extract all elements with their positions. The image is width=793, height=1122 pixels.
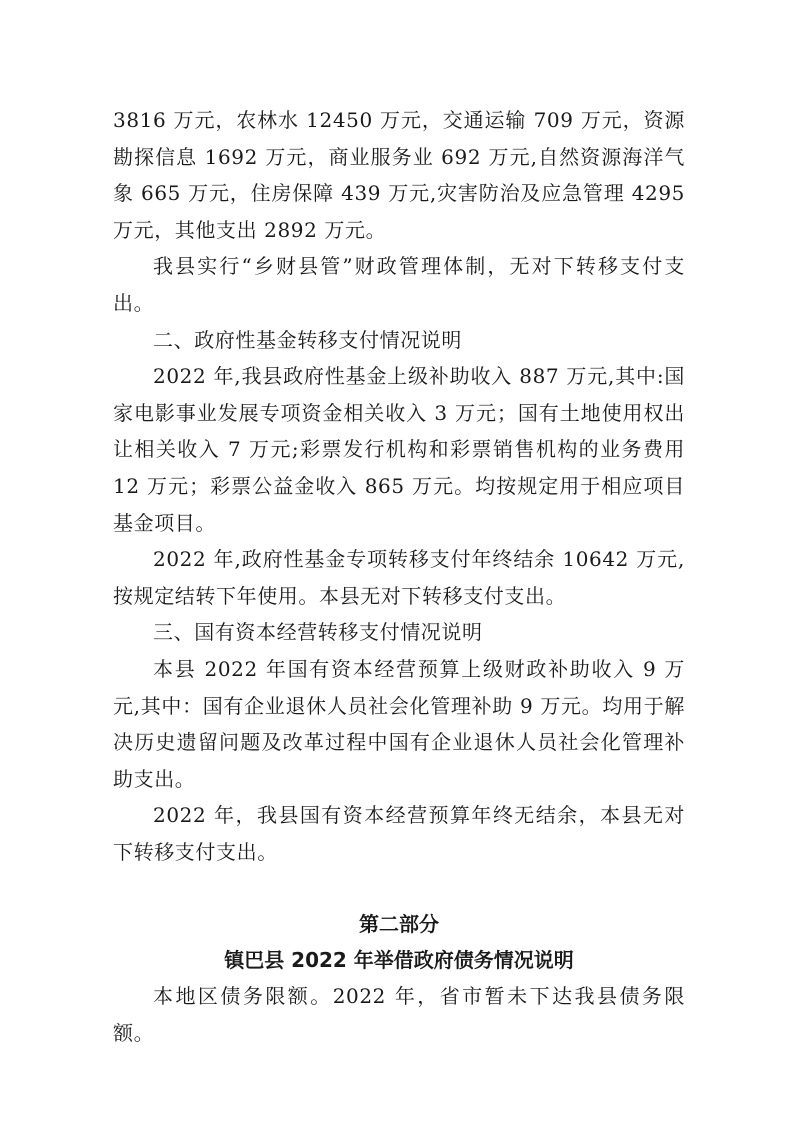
paragraph-state-capital-balance: 2022 年，我县国有资本经营预算年终无结余，本县无对下转移支付支出。	[113, 797, 685, 870]
section-heading-state-capital: 三、国有资本经营转移支付情况说明	[113, 614, 685, 651]
document-page: 3816 万元，农林水 12450 万元，交通运输 709 万元，资源勘探信息 …	[113, 102, 685, 1052]
section-heading-government-fund: 二、政府性基金转移支付情况说明	[113, 322, 685, 359]
paragraph-debt-limit: 本地区债务限额。2022 年，省市暂未下达我县债务限额。	[113, 978, 685, 1051]
paragraph-expenditure-breakdown: 3816 万元，农林水 12450 万元，交通运输 709 万元，资源勘探信息 …	[113, 102, 685, 248]
part-subtitle: 镇巴县 2022 年举借政府债务情况说明	[113, 942, 685, 978]
paragraph-government-fund-income: 2022 年,我县政府性基金上级补助收入 887 万元,其中:国家电影事业发展专…	[113, 358, 685, 541]
paragraph-no-transfer-township: 我县实行“乡财县管”财政管理体制，无对下转移支付支出。	[113, 248, 685, 321]
section-spacer	[113, 870, 685, 906]
paragraph-government-fund-balance: 2022 年,政府性基金专项转移支付年终结余 10642 万元,按规定结转下年使…	[113, 541, 685, 614]
part-title: 第二部分	[113, 906, 685, 942]
paragraph-state-capital-income: 本县 2022 年国有资本经营预算上级财政补助收入 9 万元,其中：国有企业退休…	[113, 651, 685, 797]
